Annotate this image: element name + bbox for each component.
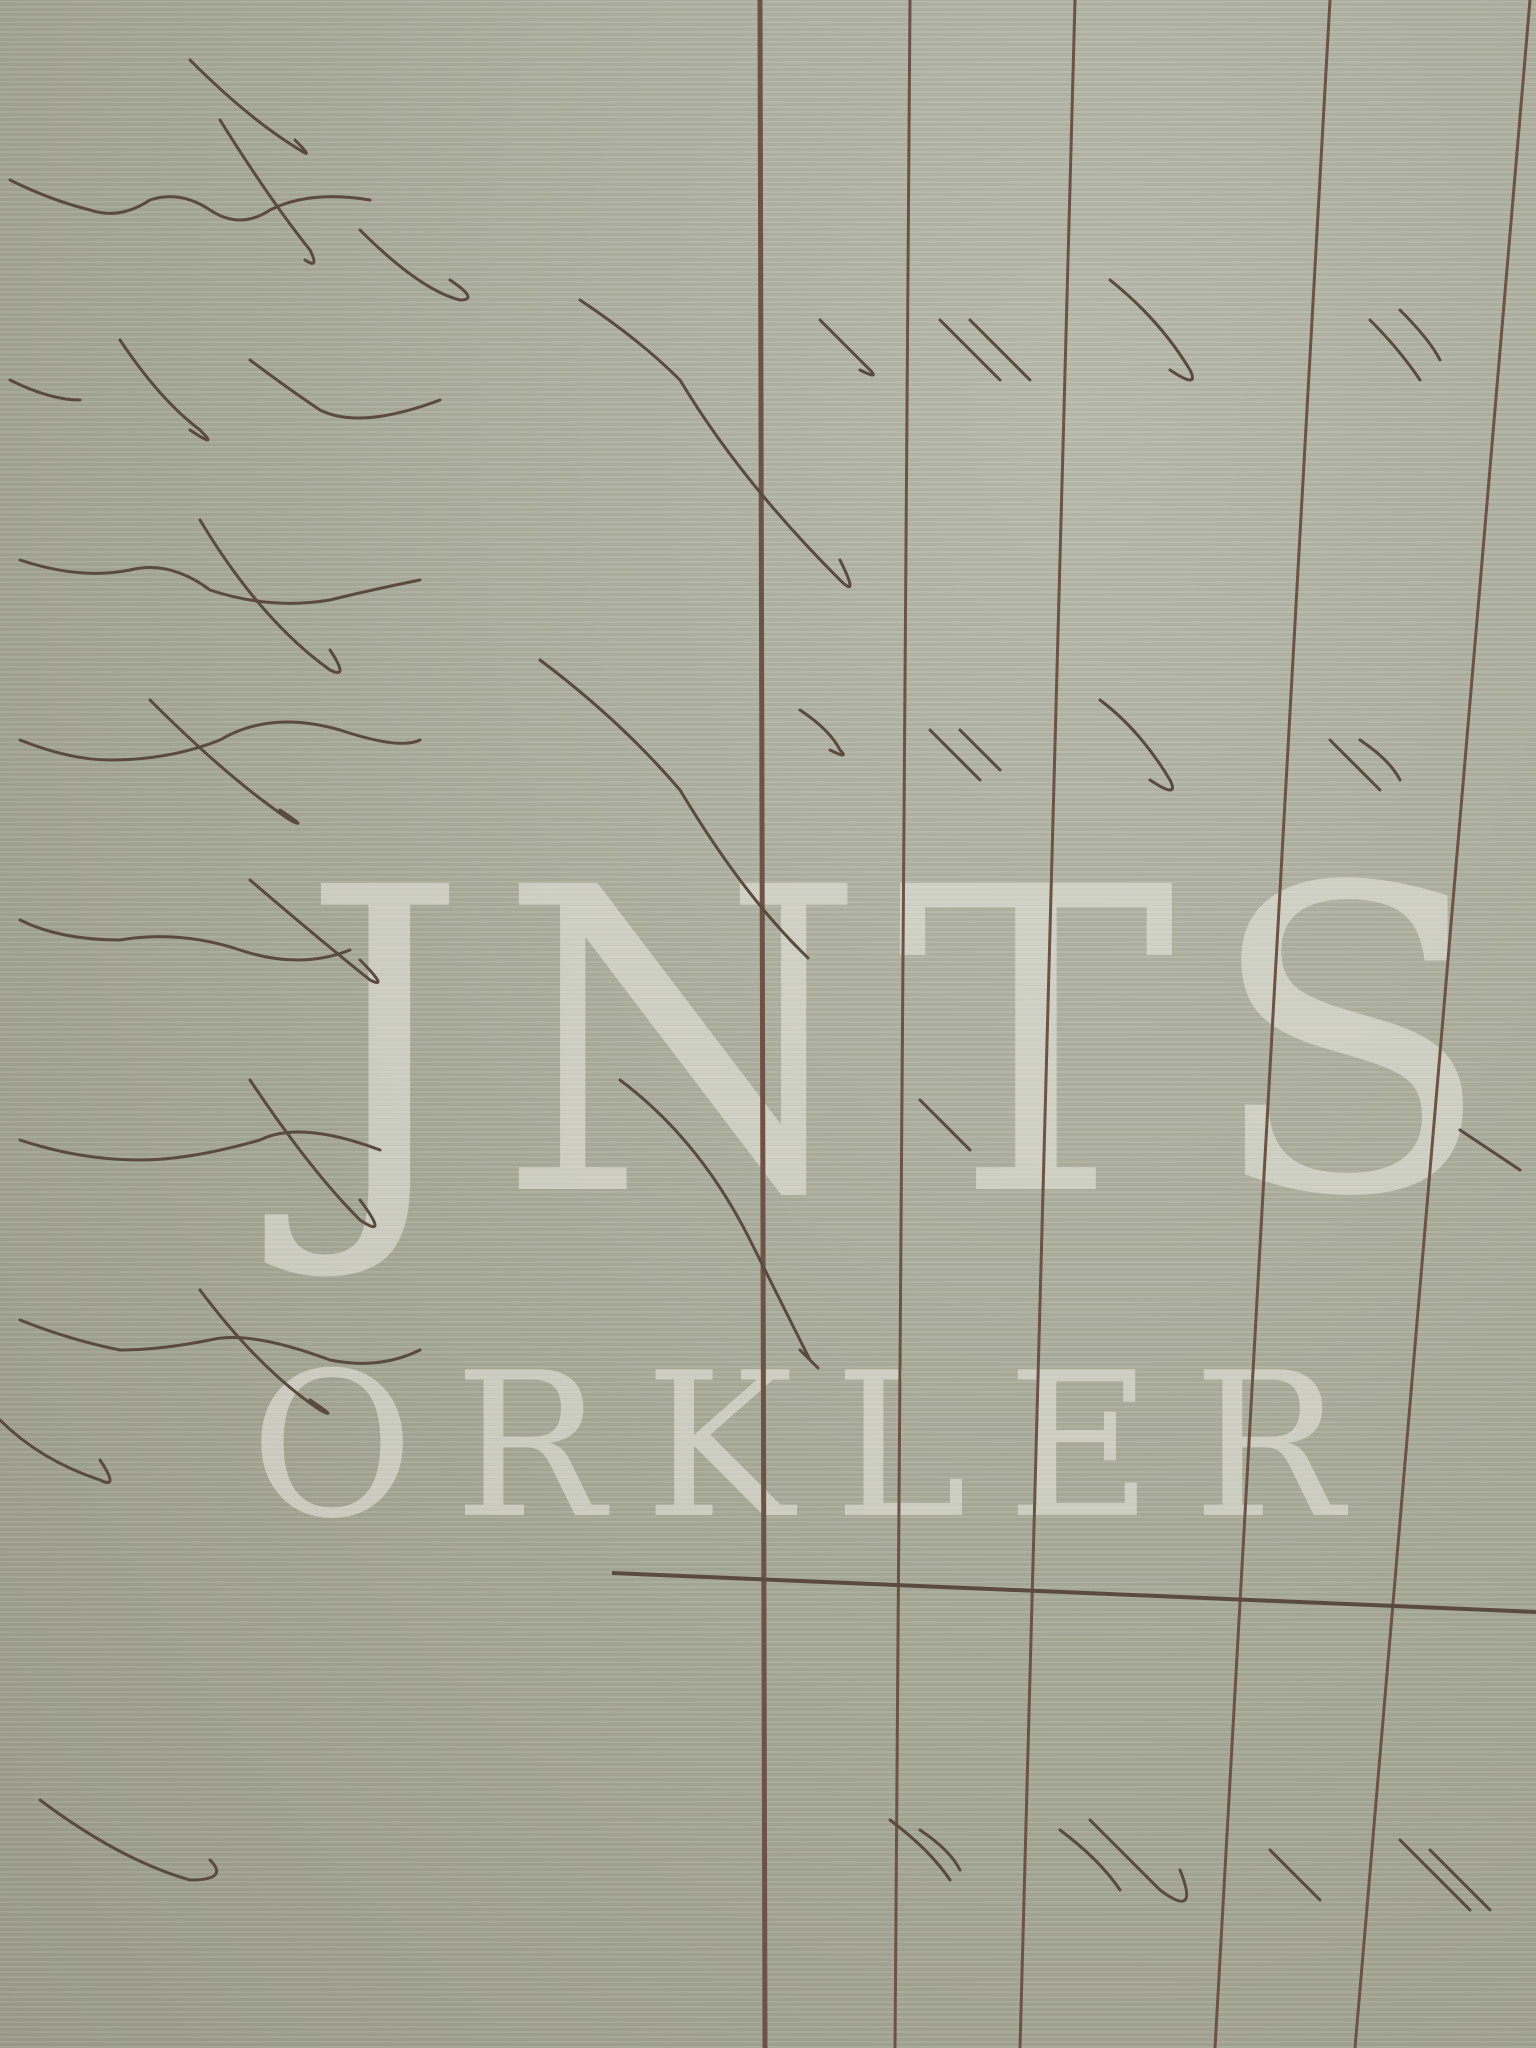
document-photo: JNTS ORKLER [0,0,1536,2048]
ledger-ink-layer [0,0,1536,2048]
ledger-column-rules [760,0,1530,2048]
handwriting-left-column [0,60,468,1880]
total-rule [612,1573,1536,1612]
